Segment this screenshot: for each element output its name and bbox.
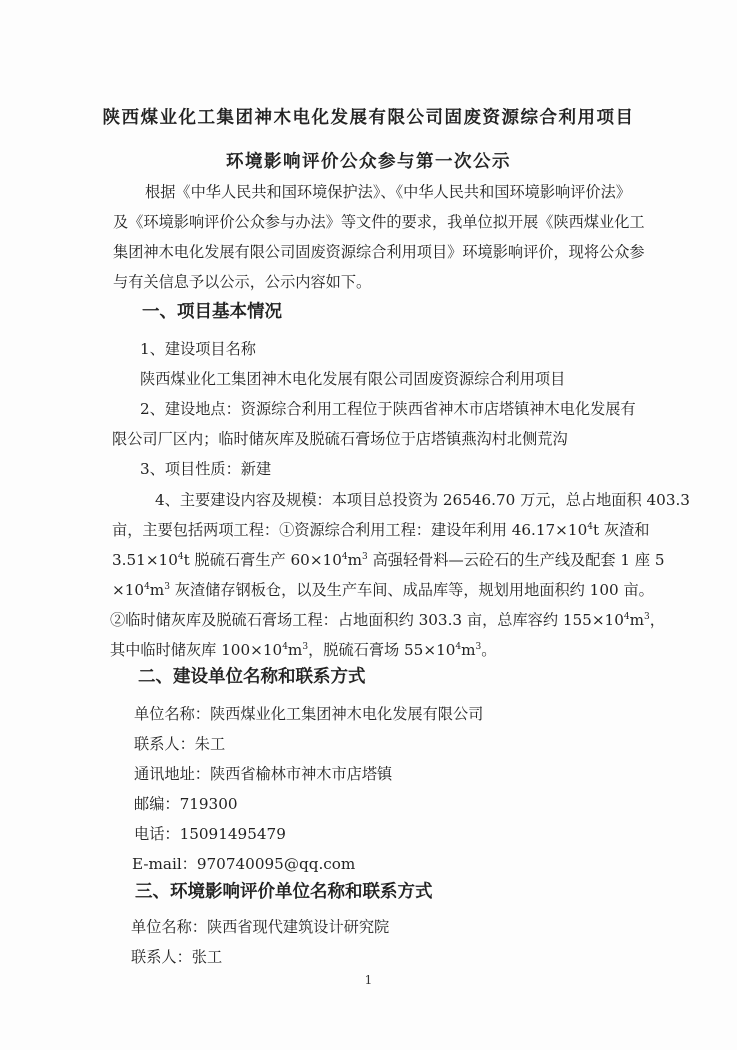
item4-line-5: ②临时储灰库及脱硫石膏场工程：占地面积约 303.3 亩，总库容约 155×10…	[110, 609, 665, 630]
builder-phone: 电话：15091495479	[134, 823, 286, 844]
text: m	[461, 641, 475, 659]
text: t 灰渣和	[593, 521, 650, 539]
item4-line-4: ×104m3 灰渣储存钢板仓，以及生产车间、成品库等，规划用地面积约 100 亩…	[112, 579, 654, 600]
text: 灰渣储存钢板仓，以及生产车间、成品库等，规划用地面积约 100 亩。	[170, 581, 654, 599]
text: 高强轻骨料—云砼石的生产线及配套 1 座 5	[368, 551, 665, 569]
item2-line-1: 2、建设地点：资源综合利用工程位于陕西省神木市店塔镇神木电化发展有	[140, 398, 636, 419]
eia-contact: 联系人：张工	[131, 946, 222, 967]
intro-line-2: 及《环境影响评价公众参与办法》等文件的要求，我单位拟开展《陕西煤业化工	[113, 211, 645, 232]
item1-value: 陕西煤业化工集团神木电化发展有限公司固废资源综合利用项目	[140, 368, 565, 389]
builder-email: E-mail：970740095@qq.com	[132, 853, 355, 874]
builder-unit: 单位名称：陕西煤业化工集团神木电化发展有限公司	[134, 703, 483, 724]
text: m	[288, 641, 302, 659]
builder-postcode: 邮编：719300	[134, 793, 238, 814]
text: 。	[481, 641, 496, 659]
item3: 3、项目性质：新建	[140, 458, 271, 479]
item1-label: 1、建设项目名称	[140, 338, 256, 359]
item4-line-6: 其中临时储灰库 100×104m3，脱硫石膏场 55×104m3。	[110, 639, 496, 660]
text: m	[630, 611, 644, 629]
intro-line-1: 根据《中华人民共和国环境保护法》、《中华人民共和国环境影响评价法》	[145, 181, 631, 202]
text: 其中临时储灰库 100×10	[110, 641, 282, 659]
item4-line-1: 4、主要建设内容及规模：本项目总投资为 26546.70 万元，总占地面积 40…	[155, 489, 690, 510]
text: 亩，主要包括两项工程：①资源综合利用工程：建设年利用 46.17×10	[112, 521, 587, 539]
document-title-line1: 陕西煤业化工集团神木电化发展有限公司固废资源综合利用项目	[0, 104, 737, 129]
intro-line-3: 集团神木电化发展有限公司固废资源综合利用项目》环境影响评价，现将公众参	[113, 241, 645, 262]
page-number: 1	[0, 973, 737, 987]
text: t 脱硫石膏生产 60×10	[184, 551, 342, 569]
eia-unit: 单位名称：陕西省现代建筑设计研究院	[131, 916, 389, 937]
text: ×10	[112, 581, 144, 599]
item2-line-2: 限公司厂区内；临时储灰库及脱硫石膏场位于店塔镇燕沟村北侧荒沟	[112, 428, 568, 449]
builder-address: 通讯地址：陕西省榆林市神木市店塔镇	[134, 763, 392, 784]
section1-heading: 一、项目基本情况	[142, 298, 282, 323]
text: ，脱硫石膏场 55×10	[308, 641, 455, 659]
intro-line-4: 与有关信息予以公示，公示内容如下。	[113, 271, 371, 292]
text: m	[348, 551, 362, 569]
builder-contact: 联系人：朱工	[134, 733, 225, 754]
document-page: 陕西煤业化工集团神木电化发展有限公司固废资源综合利用项目 环境影响评价公众参与第…	[0, 0, 737, 1050]
document-title-line2: 环境影响评价公众参与第一次公示	[0, 148, 737, 173]
item4-line-2: 亩，主要包括两项工程：①资源综合利用工程：建设年利用 46.17×104t 灰渣…	[112, 519, 649, 540]
section3-heading: 三、环境影响评价单位名称和联系方式	[135, 878, 433, 903]
text: m	[150, 581, 164, 599]
text: ②临时储灰库及脱硫石膏场工程：占地面积约 303.3 亩，总库容约 155×10	[110, 611, 624, 629]
section2-heading: 二、建设单位名称和联系方式	[138, 663, 366, 688]
item4-line-3: 3.51×104t 脱硫石膏生产 60×104m3 高强轻骨料—云砼石的生产线及…	[112, 549, 665, 570]
text: 3.51×10	[112, 551, 178, 569]
text: ，	[650, 611, 665, 629]
